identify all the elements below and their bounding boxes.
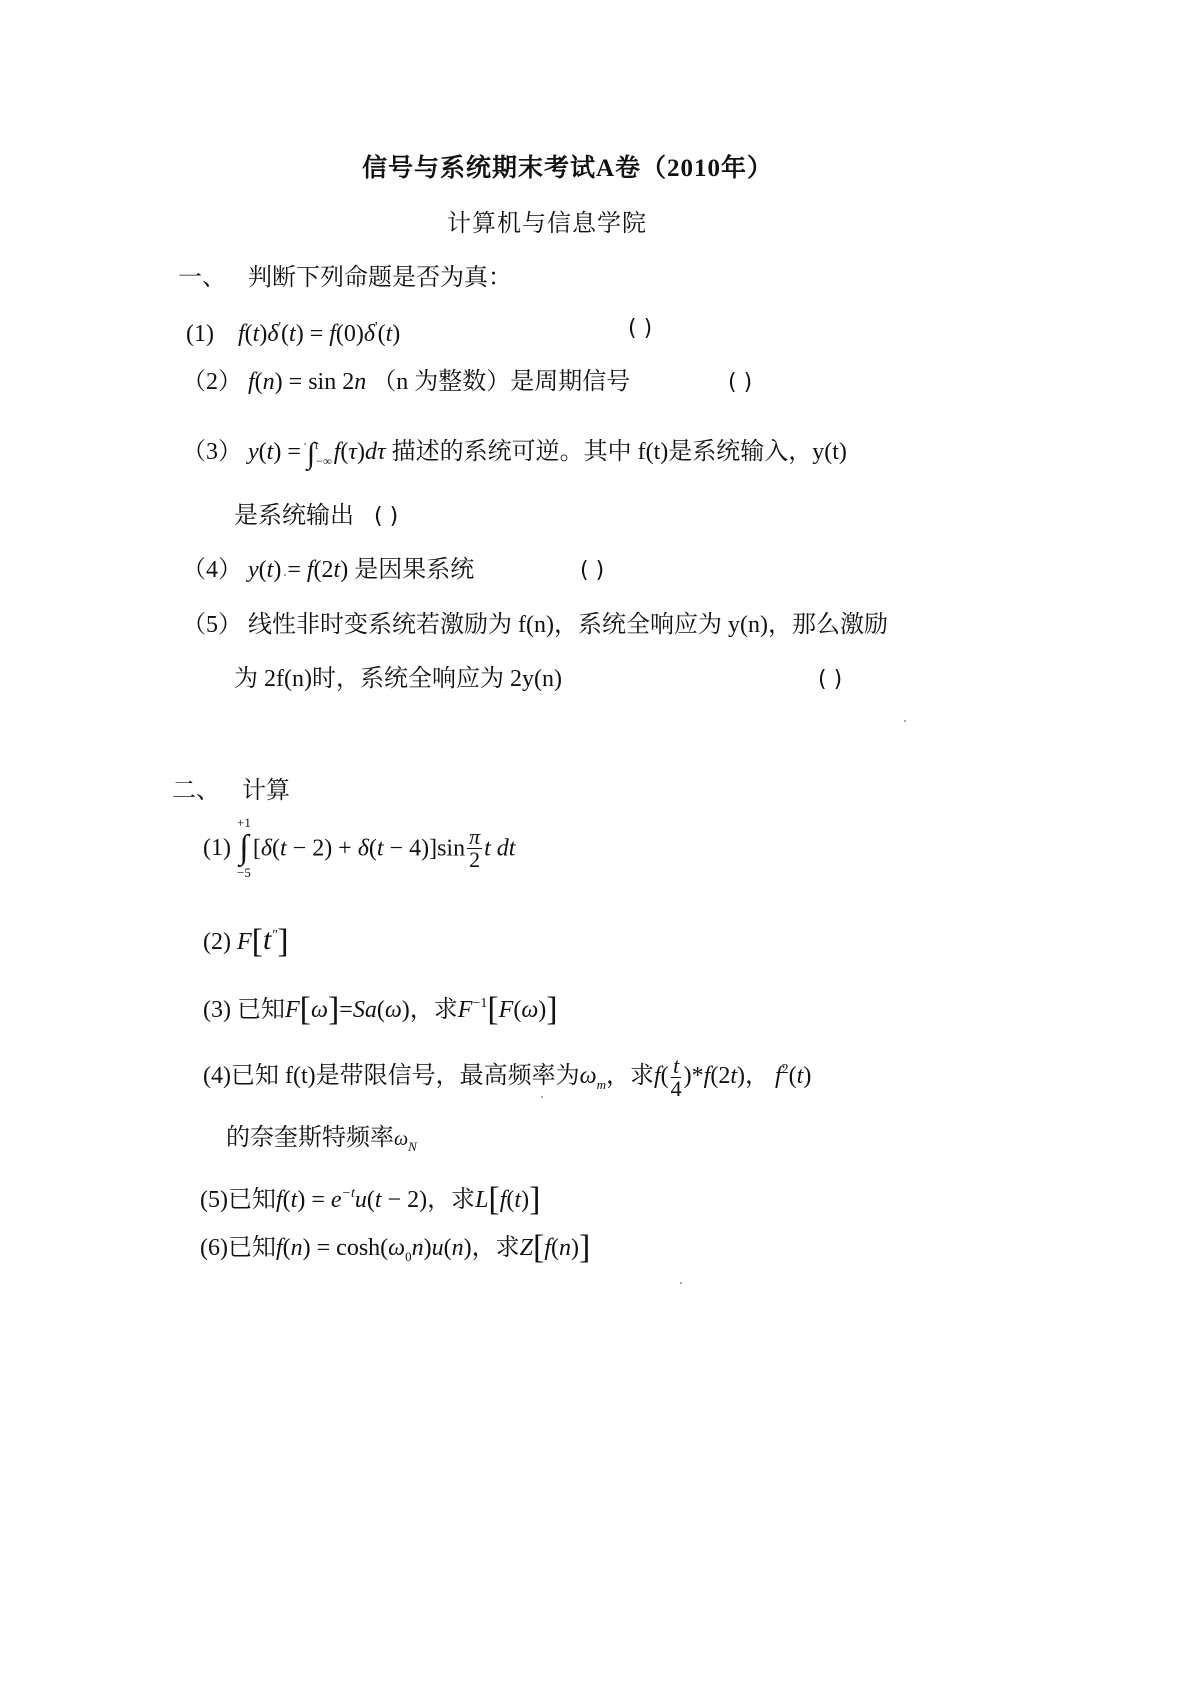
question-1-2: （2） f(n) = sin 2n （n 为整数）是周期信号 [182, 366, 630, 398]
question-text: 是系统输出 [234, 503, 354, 529]
scan-speck [433, 268, 435, 270]
question-label: (1) [186, 321, 214, 347]
answer-blank-1-2[interactable]: ( ) [728, 367, 752, 399]
question-label: (3) [203, 997, 231, 1023]
section-1-number: 一、 [178, 257, 226, 292]
omega-n: ωN [394, 1128, 417, 1150]
question-text: 的奈奎斯特频率 [226, 1125, 394, 1151]
question-prefix: 已知 [228, 1187, 276, 1213]
section-1-heading: 判断下列命题是否为真： [248, 257, 512, 292]
question-1-1: (1) f(t)δ'(t) = f(0)δ'(t) [186, 312, 400, 350]
target-formula: Z[f(n)] [520, 1235, 591, 1261]
formula: +1∫−5[δ(t − 2) + δ(t − 4)]sinπ2t dt [237, 834, 515, 860]
question-ask: ，求 [606, 1063, 654, 1089]
question-2-6: (6)已知f(n) = cosh(ω0n)u(n)，求Z[f(n)] [200, 1232, 590, 1273]
question-label: (5) [200, 1187, 228, 1213]
exam-subtitle: 计算机与信息学院 [447, 203, 647, 238]
question-label: (6) [200, 1235, 228, 1261]
question-2-4: (4)已知 f(t)是带限信号，最高频率为ωm，求f(t4)*f(2t)， f2… [203, 1054, 811, 1101]
question-ask: ，求 [472, 1235, 520, 1261]
question-label: （3） [182, 439, 242, 465]
lower-limit: −5 [237, 866, 251, 880]
question-label: （4） [182, 557, 242, 583]
question-text: 描述的系统可逆。其中 f(t)是系统输入，y(t) [392, 439, 847, 465]
section-2-number: 二、 [172, 770, 220, 805]
question-1-5: （5） 线性非时变系统若激励为 f(n)，系统全响应为 y(n)，那么激励 [182, 609, 888, 641]
formula: f(n) = cosh(ω0n)u(n) [276, 1235, 472, 1261]
formula: f(t)δ'(t) = f(0)δ'(t) [238, 321, 400, 347]
formula: F[t"] [237, 929, 289, 955]
question-1-5-continuation: 为 2f(n)时，系统全响应为 2y(n) [234, 663, 562, 695]
question-2-1: (1) +1∫−5[δ(t − 2) + δ(t − 4)]sinπ2t dt [203, 816, 515, 880]
formula: f(t4)*f(2t)， f2(t) [654, 1063, 811, 1089]
formula: y(t) = f(2t) [248, 557, 348, 583]
question-2-3: (3) 已知F[ω]=Sa(ω)，求F−1[F(ω)] [203, 988, 558, 1026]
question-label: (4) [203, 1063, 231, 1089]
scan-speck [904, 720, 906, 722]
formula: f(n) = sin 2n [248, 369, 366, 395]
question-ask: ，求 [410, 997, 458, 1023]
formula: y(t) = ∫t−∞f(τ)dτ [248, 439, 386, 465]
answer-blank-1-1[interactable]: ( ) [628, 313, 652, 345]
question-1-3: （3） y(t) = ∫t−∞f(τ)dτ 描述的系统可逆。其中 f(t)是系统… [182, 436, 847, 470]
question-text: 线性非时变系统若激励为 f(n)，系统全响应为 y(n)，那么激励 [248, 612, 888, 638]
answer-blank-1-4[interactable]: ( ) [580, 555, 604, 587]
formula: F[ω]=Sa(ω) [285, 997, 410, 1023]
question-label: (2) [203, 929, 231, 955]
question-text: （n 为整数）是周期信号 [372, 369, 630, 395]
question-label: (1) [203, 835, 231, 861]
target-formula: F−1[F(ω)] [458, 997, 558, 1023]
question-ask: ，求 [427, 1187, 475, 1213]
answer-blank-1-3[interactable]: ( ) [374, 504, 398, 529]
section-2-heading: 计算 [242, 770, 290, 805]
question-label: （5） [182, 612, 242, 638]
exam-title: 信号与系统期末考试A卷（2010年） [362, 148, 773, 184]
question-2-2: (2) F[t"] [203, 920, 289, 958]
scan-speck [304, 443, 306, 445]
question-prefix: 已知 f(t)是带限信号，最高频率为 [231, 1063, 580, 1089]
target-formula: L[f(t)] [475, 1187, 540, 1213]
upper-limit: +1 [237, 816, 251, 830]
question-1-4: （4） y(t) = f(2t) 是因果系统 [182, 554, 474, 586]
scan-speck [541, 1096, 543, 1098]
question-text: 是因果系统 [354, 557, 474, 583]
question-label: （2） [182, 369, 242, 395]
question-1-3-continuation: 是系统输出 ( ) [234, 500, 398, 533]
question-prefix: 已知 [228, 1235, 276, 1261]
question-2-4-continuation: 的奈奎斯特频率ωN [226, 1122, 417, 1163]
question-2-5: (5)已知f(t) = e−tu(t − 2)，求L[f(t)] [200, 1178, 540, 1216]
scan-speck [680, 1282, 682, 1284]
formula: f(t) = e−tu(t − 2) [276, 1187, 427, 1213]
omega-m: ωm [580, 1063, 606, 1089]
question-prefix: 已知 [237, 997, 285, 1023]
answer-blank-1-5[interactable]: ( ) [818, 664, 842, 696]
scan-speck [284, 574, 286, 576]
